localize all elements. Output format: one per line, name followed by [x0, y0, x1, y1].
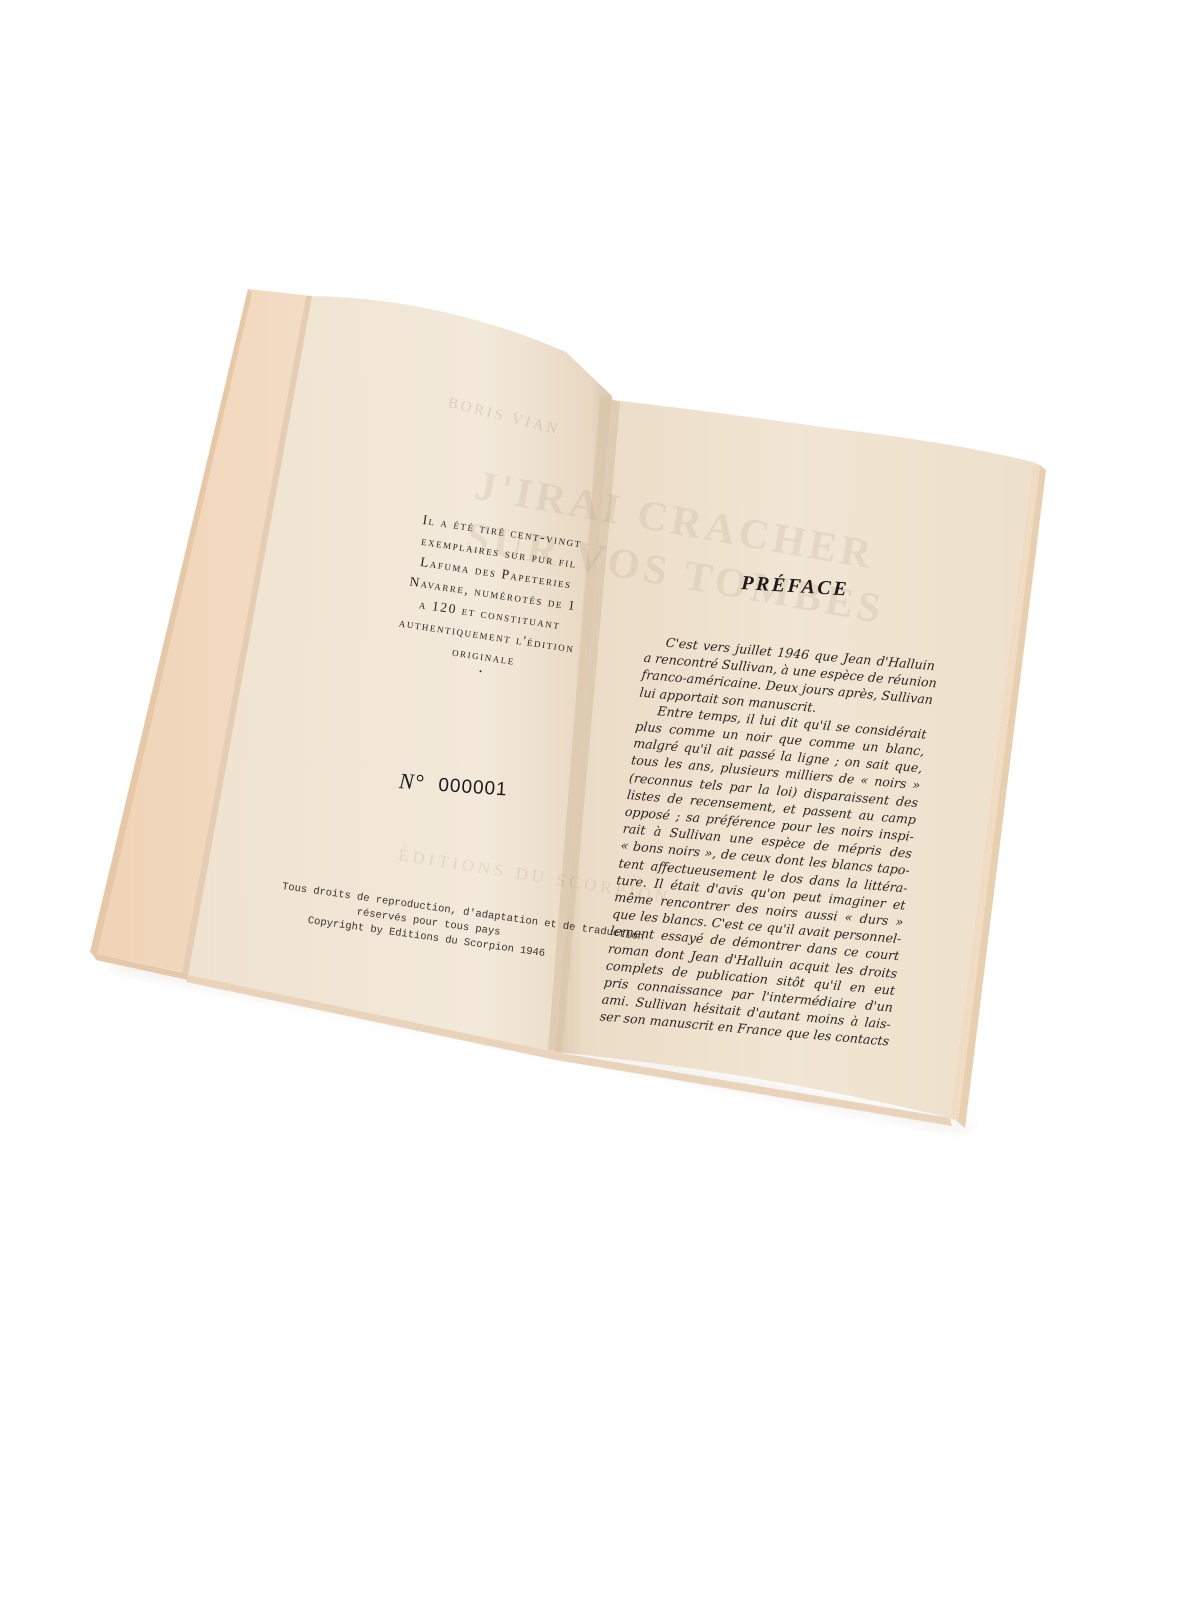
number-value: 000001	[438, 775, 509, 801]
photo-scene: BORIS VIAN J'IRAI CRACHER SUR VOS TOMBES…	[0, 0, 1200, 1600]
preface-body: C'est vers juillet 1946 que Jean d'Hallu…	[599, 632, 936, 1050]
limitation-colophon: Il a été tiré cent-vingt exemplaires sur…	[381, 506, 602, 693]
open-book-illustration	[0, 0, 1200, 1600]
number-label: N°	[398, 768, 425, 795]
